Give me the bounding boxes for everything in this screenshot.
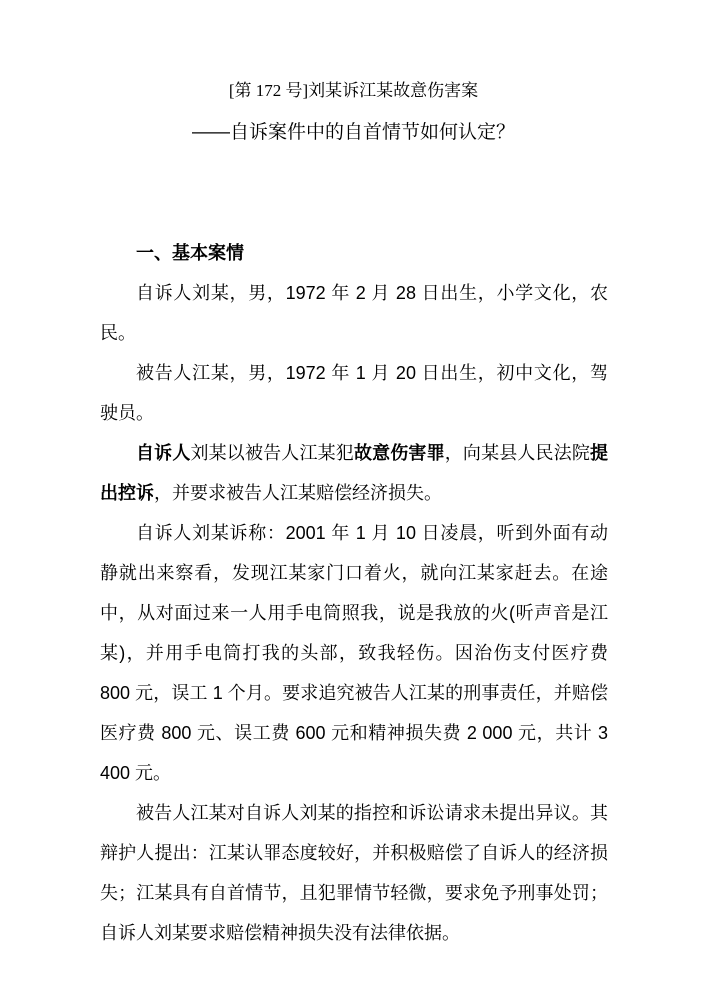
- text-run: 自诉人刘某，男，1972 年 2 月 28 日出生，小学文化，农民。: [100, 283, 608, 343]
- title-block: [第 172 号]刘某诉江某故意伤害案 ——自诉案件中的自首情节如何认定？: [0, 80, 707, 144]
- case-subtitle: ——自诉案件中的自首情节如何认定？: [0, 122, 707, 144]
- paragraph: 自诉人刘某，男，1972 年 2 月 28 日出生，小学文化，农民。: [100, 273, 608, 353]
- text-run: 被告人江某，男，1972 年 1 月 20 日出生，初中文化，驾驶员。: [100, 363, 608, 423]
- case-title: [第 172 号]刘某诉江某故意伤害案: [0, 80, 707, 101]
- bold-text-run: 故意伤害罪: [354, 443, 445, 463]
- paragraph-list: 自诉人刘某，男，1972 年 2 月 28 日出生，小学文化，农民。被告人江某，…: [100, 273, 608, 953]
- text-run: 刘某以被告人江某犯: [190, 443, 353, 463]
- paragraph: 自诉人刘某诉称：2001 年 1 月 10 日凌晨，听到外面有动静就出来察看，发…: [100, 513, 608, 793]
- bold-text-run: 自诉人: [136, 443, 190, 463]
- document-page: [第 172 号]刘某诉江某故意伤害案 ——自诉案件中的自首情节如何认定？ 一、…: [0, 0, 707, 999]
- document-body: 一、基本案情 自诉人刘某，男，1972 年 2 月 28 日出生，小学文化，农民…: [100, 233, 608, 953]
- paragraph: 自诉人刘某以被告人江某犯故意伤害罪，向某县人民法院提出控诉，并要求被告人江某赔偿…: [100, 433, 608, 513]
- paragraph: 被告人江某，男，1972 年 1 月 20 日出生，初中文化，驾驶员。: [100, 353, 608, 433]
- section-heading: 一、基本案情: [100, 233, 608, 273]
- text-run: ，并要求被告人江某赔偿经济损失。: [154, 483, 442, 503]
- paragraph: 被告人江某对自诉人刘某的指控和诉讼请求未提出异议。其辩护人提出：江某认罪态度较好…: [100, 793, 608, 953]
- text-run: 被告人江某对自诉人刘某的指控和诉讼请求未提出异议。其辩护人提出：江某认罪态度较好…: [100, 803, 608, 943]
- text-run: 自诉人刘某诉称：2001 年 1 月 10 日凌晨，听到外面有动静就出来察看，发…: [100, 523, 608, 783]
- text-run: ，向某县人民法院: [445, 443, 590, 463]
